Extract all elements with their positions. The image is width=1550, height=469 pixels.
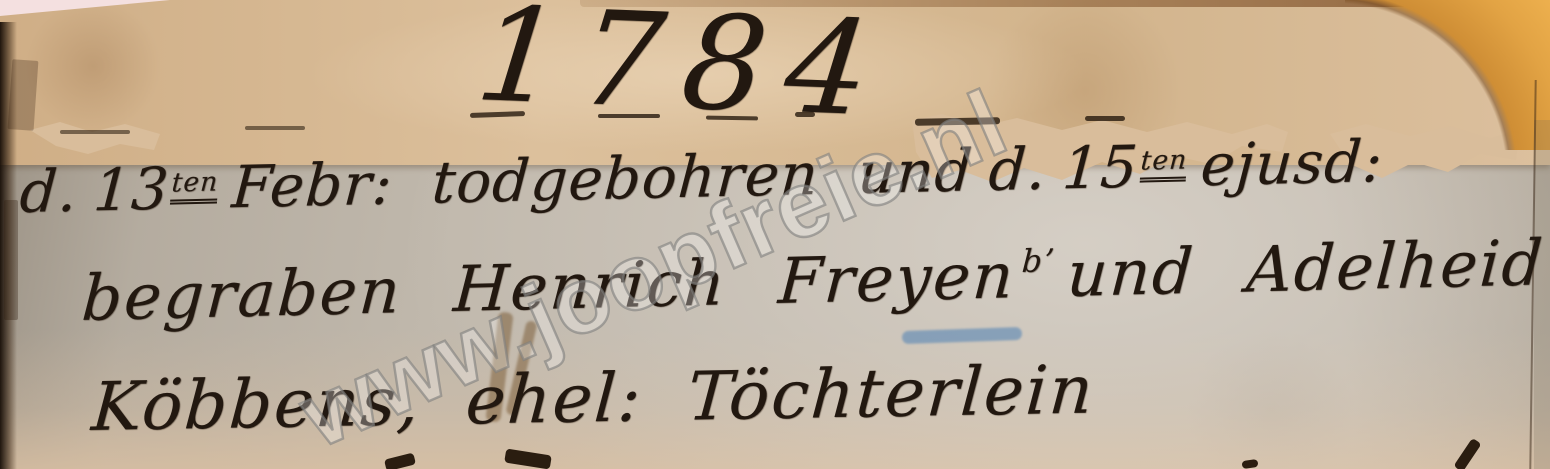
insertion-mark: b’ (1021, 243, 1057, 280)
ordinal-suffix-2: ten (1139, 145, 1188, 183)
gutter-streak (4, 200, 18, 320)
date-abbrev-1: d. (18, 157, 80, 226)
line2-end-text: und Adelheid (1065, 226, 1547, 311)
gutter-streak (8, 59, 39, 131)
day-number-1: 13 (91, 155, 171, 225)
tear-shadow-dash (915, 117, 1000, 125)
tear-shadow-dash (245, 126, 305, 130)
ordinal-suffix-1: ten (170, 167, 219, 205)
day-number-2: 15 (1060, 133, 1140, 203)
church-register-scan: 1784 d.13tenFebr: todgebohren undd.15ten… (0, 0, 1550, 469)
tear-shadow-dash (1085, 116, 1125, 121)
tear-shadow-dash (60, 130, 130, 134)
line1-end-text: ejusd: (1199, 127, 1385, 199)
date-abbrev-2: d. (987, 135, 1049, 204)
year-heading: 1784 (470, 0, 897, 146)
